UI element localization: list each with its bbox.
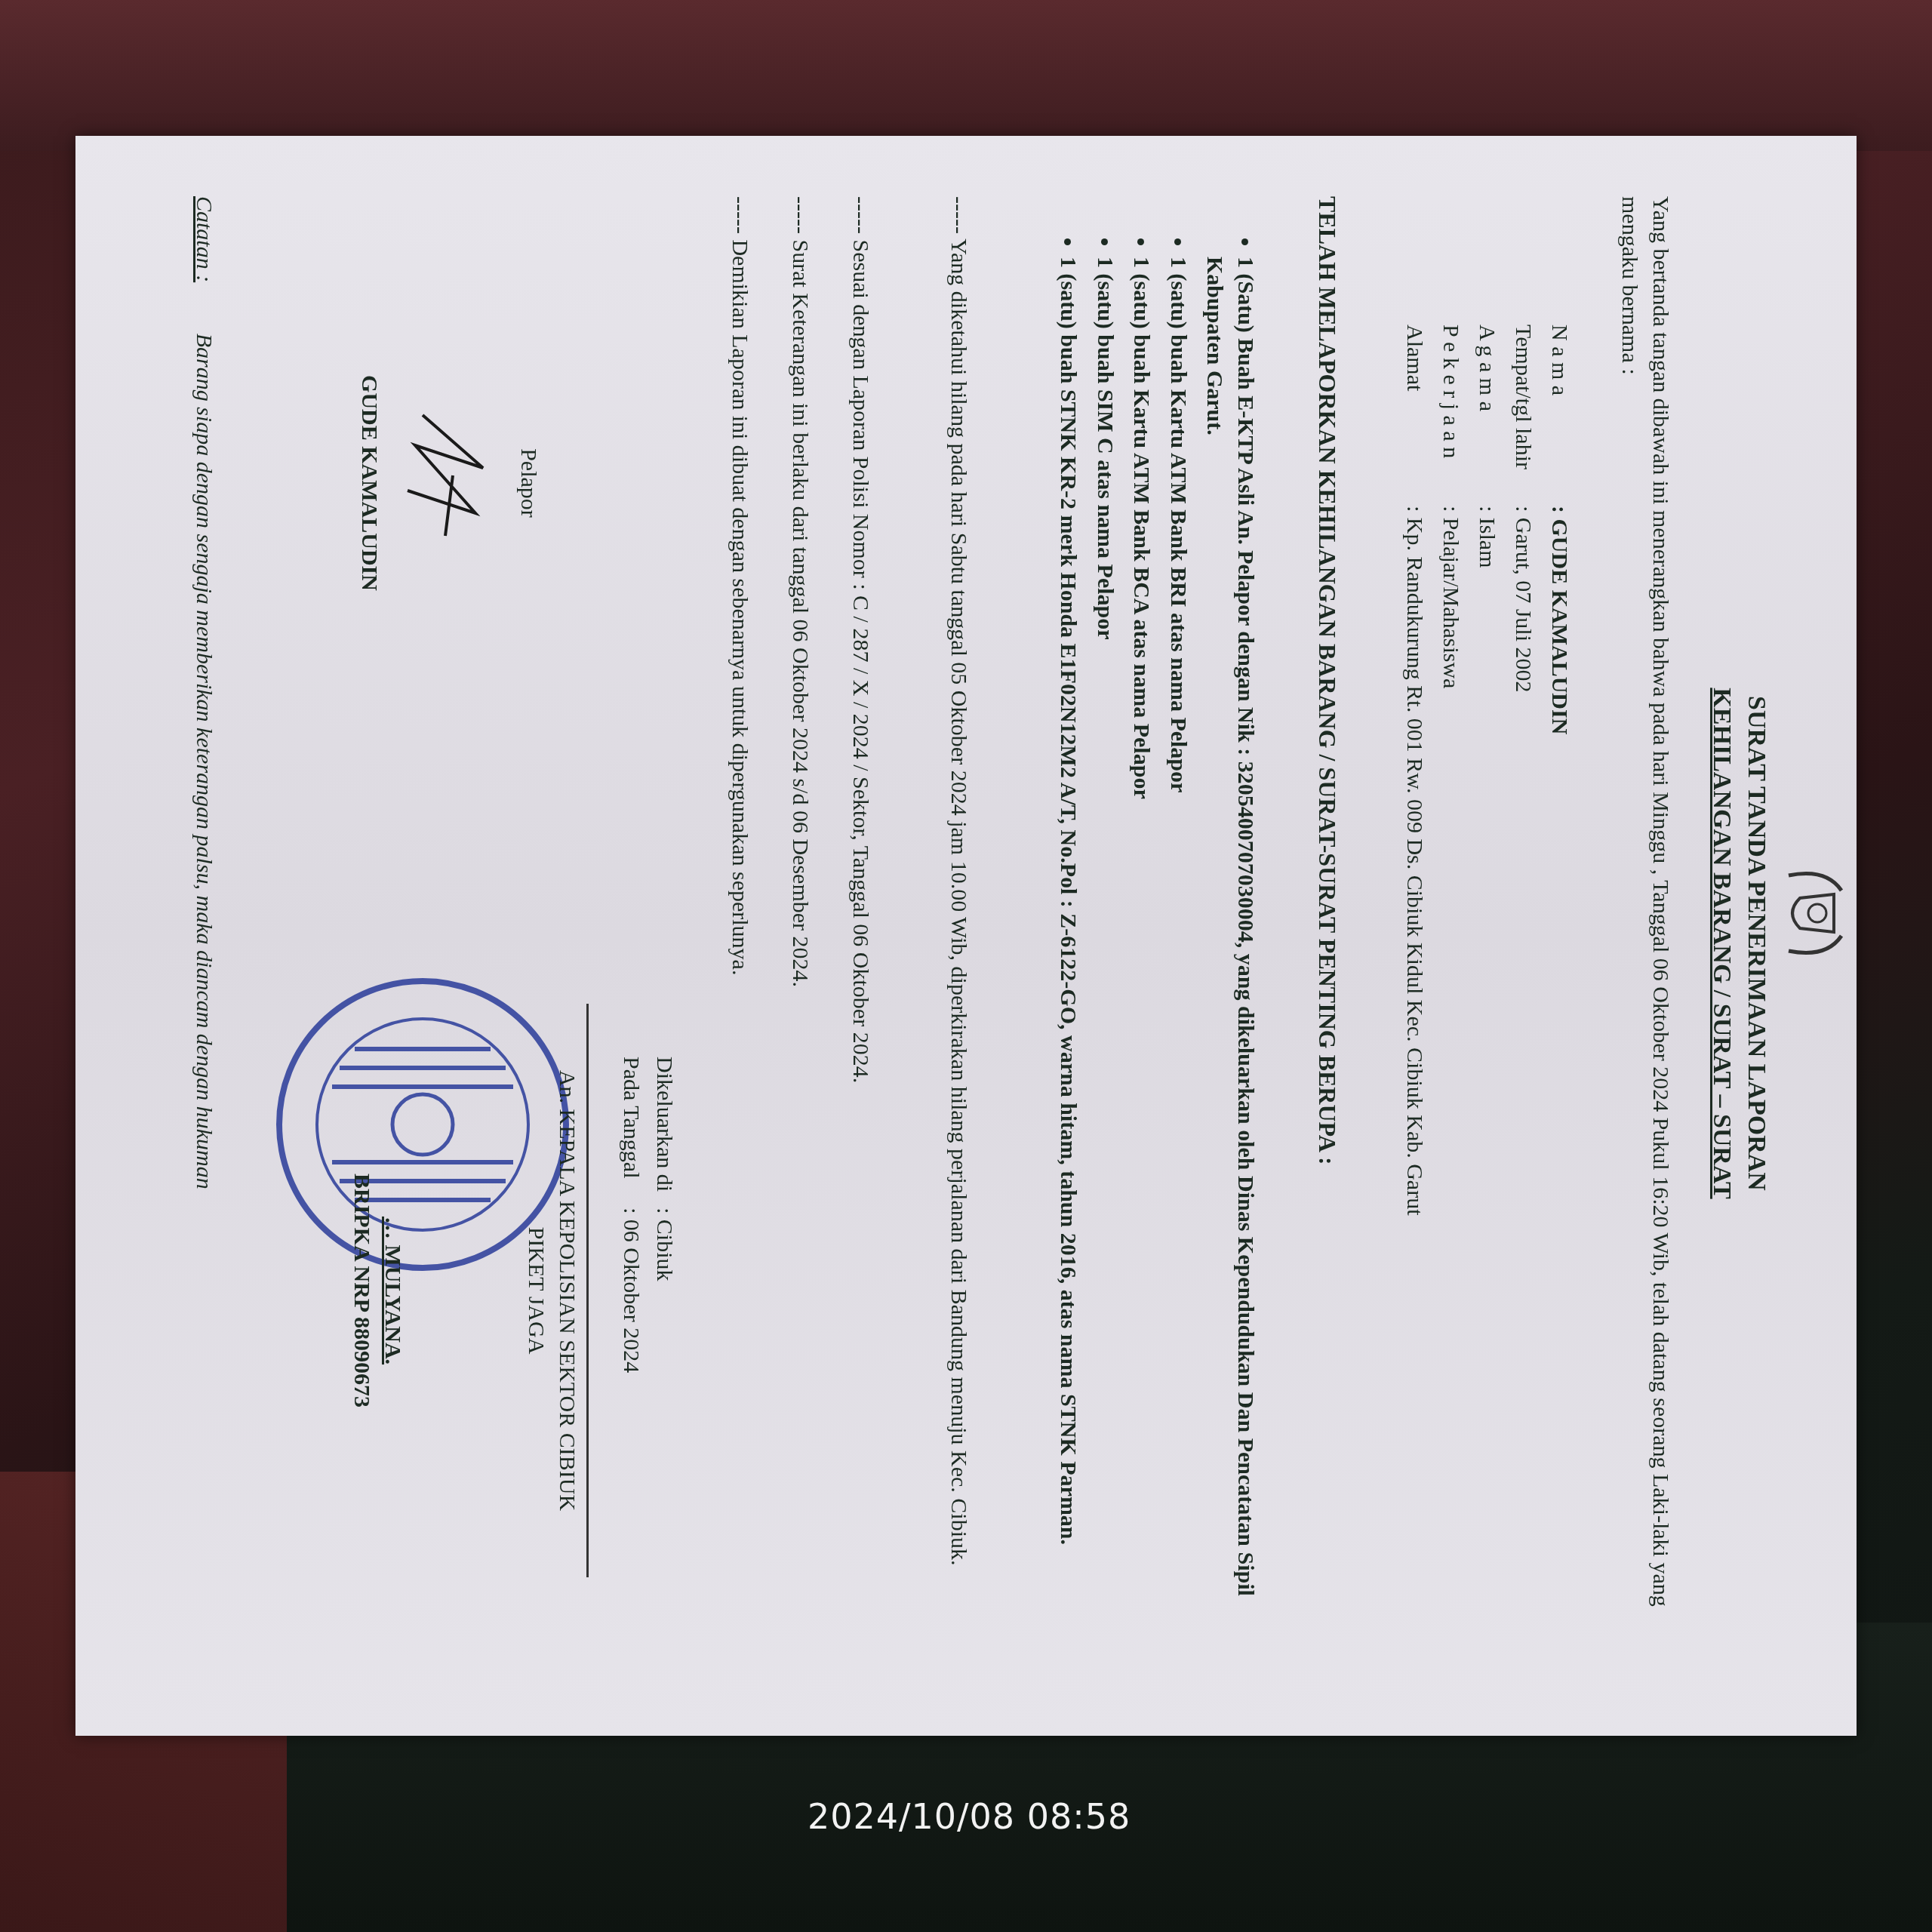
title-line-2: KEHILANGAN BARANG / SURAT – SURAT — [1704, 196, 1739, 1690]
officer-name: … MULYANA. — [377, 1004, 408, 1577]
validity-paragraph: ----- Surat Keterangan ini berlaku dari … — [785, 196, 816, 1690]
section-heading: TELAH MELAPORKAN KEHILANGAN BARANG / SUR… — [1311, 196, 1343, 1165]
photo-timestamp: 2024/10/08 08:58 — [808, 1796, 1131, 1837]
loss-details-paragraph: ----- Yang diketahui hilang pada hari Sa… — [943, 196, 974, 1690]
police-report-number-paragraph: ----- Sesuai dengan Laporan Polisi Nomor… — [845, 196, 876, 1690]
reporter-identity: N a m a: GUDE KAMALUDIN Tempat/tgl lahir… — [1396, 325, 1577, 1216]
issued-block: Dikeluarkan di: Cibiuk Pada Tanggal: 06 … — [613, 1057, 679, 1373]
identity-row: N a m a: GUDE KAMALUDIN — [1541, 325, 1577, 1216]
identity-row: Alamat: Kp. Randukurung Rt. 001 Rw. 009 … — [1396, 325, 1432, 1216]
lost-items-list: 1 (Satu) Buah E-KTP Asli An. Pelapor den… — [1047, 226, 1260, 1706]
lost-item: 1 (Satu) Buah E-KTP Asli An. Pelapor den… — [1199, 257, 1260, 1706]
lost-item: 1 (satu) buah Kartu ATM Bank BRI atas na… — [1163, 257, 1194, 1706]
police-emblem-icon — [1774, 860, 1857, 966]
report-paper: SURAT TANDA PENERIMAAN LAPORAN KEHILANGA… — [75, 136, 1857, 1736]
closing-paragraph: ----- Demikian Laporan ini dibuat dengan… — [724, 196, 755, 1690]
identity-row: P e k e r j a a n: Pelajar/Mahasiswa — [1432, 325, 1469, 1216]
lost-item: 1 (satu) buah STNK KR-2 merk Honda E1F02… — [1053, 257, 1084, 1706]
document-title: SURAT TANDA PENERIMAAN LAPORAN KEHILANGA… — [1704, 196, 1774, 1690]
note: Catatan : Barang siapa dengan sengaja me… — [189, 196, 220, 1690]
lost-item: 1 (satu) buah SIM C atas nama Pelapor — [1090, 257, 1121, 1706]
identity-row: Tempat/tgl lahir: Garut, 07 Juli 2002 — [1505, 325, 1541, 1216]
reporter-name: GUDE KAMALUDIN — [354, 332, 385, 634]
identity-row: A g a m a: Islam — [1469, 325, 1505, 1216]
intro-paragraph: Yang bertanda tangan dibawah ini meneran… — [1614, 196, 1675, 1690]
officer-signature-block: An. KEPALA KEPOLISIAN SEKTOR CIBIUK PIKE… — [346, 1004, 589, 1577]
signature-icon — [400, 400, 498, 551]
lost-item: 1 (satu) buah Kartu ATM Bank BCA atas na… — [1126, 257, 1157, 1706]
officer-nrp: BRIPKA NRP 88090673 — [346, 1004, 377, 1577]
title-line-1: SURAT TANDA PENERIMAAN LAPORAN — [1739, 196, 1774, 1690]
